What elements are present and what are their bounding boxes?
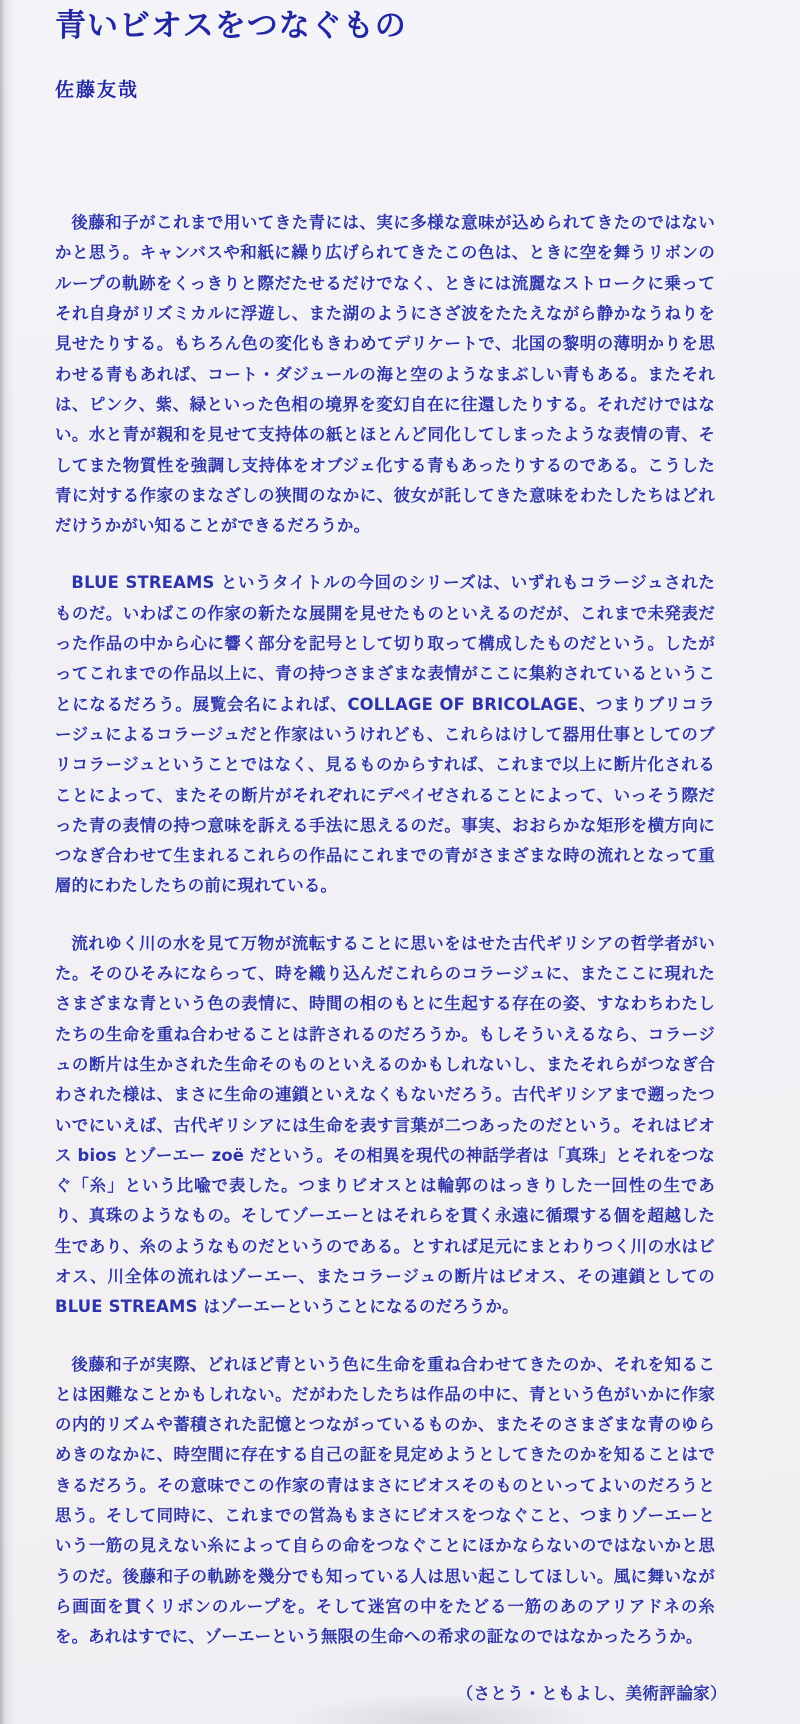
essay-paragraph-2: BLUE STREAMS というタイトルの今回のシリーズは、いずれもコラージュさ… — [55, 568, 715, 901]
signature-line: （さとう・ともよし、美術評論家） — [55, 1680, 727, 1704]
scanned-essay-page: 青いビオスをつなぐもの 佐藤友哉 後藤和子がこれまで用いてきた青には、実に多様な… — [0, 0, 800, 1724]
essay-paragraph-1: 後藤和子がこれまで用いてきた青には、実に多様な意味が込められてきたのではないかと… — [55, 208, 715, 541]
essay-paragraph-3: 流れゆく川の水を見て万物が流転することに思いをはせた古代ギリシアの哲学者がいた。… — [55, 929, 715, 1323]
author-name: 佐藤友哉 — [55, 75, 715, 102]
essay-paragraph-4: 後藤和子が実際、どれほど青という色に生命を重ね合わせてきたのか、それを知ることは… — [55, 1350, 715, 1653]
page-title: 青いビオスをつなぐもの — [55, 8, 715, 45]
essay-body: 後藤和子がこれまで用いてきた青には、実に多様な意味が込められてきたのではないかと… — [55, 208, 715, 1652]
